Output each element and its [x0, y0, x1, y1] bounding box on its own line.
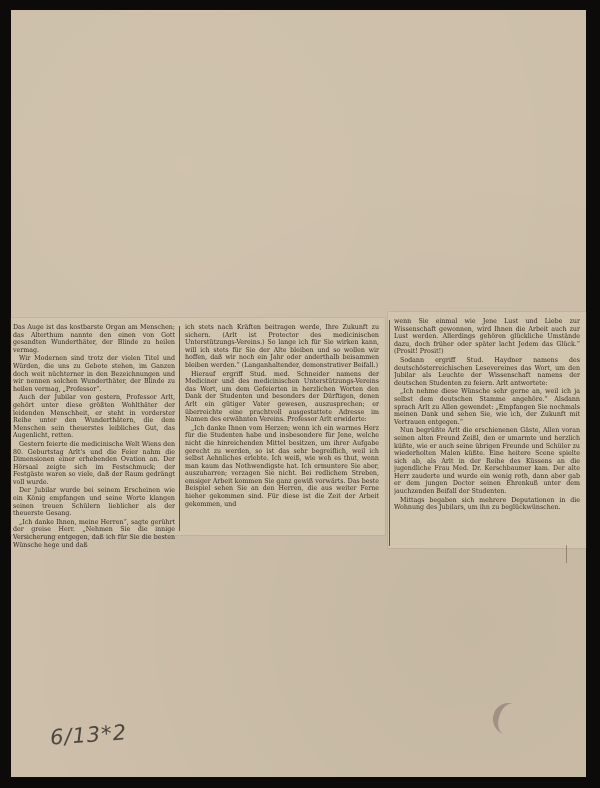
paragraph: Der Jubilar wurde bei seinem Erscheinen … [13, 487, 175, 517]
newspaper-clipping-left: Das Auge ist das kostbarste Organ am Men… [11, 318, 385, 535]
paragraph: Das Auge ist das kostbarste Organ am Men… [13, 324, 175, 354]
newspaper-clipping-right: wenn Sie einmal wie Jene Lust und Liebe … [388, 312, 586, 548]
paragraph: wenn Sie einmal wie Jene Lust und Liebe … [394, 318, 580, 356]
paragraph: Hierauf ergriff Stud. med. Schneider nam… [185, 371, 379, 424]
column-divider [389, 320, 390, 546]
article-column-3: wenn Sie einmal wie Jene Lust und Liebe … [394, 318, 580, 513]
archival-sheet: Das Auge ist das kostbarste Organ am Men… [11, 10, 586, 777]
smudge-mark [489, 699, 524, 737]
article-column-1: Das Auge ist das kostbarste Organ am Men… [13, 324, 175, 550]
paragraph: Nun begrüßte Arlt die erschienenen Gäste… [394, 427, 580, 495]
paragraph: Wir Modernen sind trotz der vielen Titel… [13, 355, 175, 393]
article-column-2: ich stets nach Kräften beitragen werde, … [185, 324, 379, 509]
paragraph: „Ich danke Ihnen, meine Herren“, sagte g… [13, 519, 175, 549]
pencil-scratch-mark [566, 545, 567, 563]
column-divider [179, 326, 180, 531]
paragraph: Gestern feierte die medicinische Welt Wi… [13, 441, 175, 487]
paragraph: Auch der Jubilar von gestern, Professor … [13, 394, 175, 440]
paragraph: „Ich nehme diese Wünsche sehr gerne an, … [394, 388, 580, 426]
paragraph: ich stets nach Kräften beitragen werde, … [185, 324, 379, 370]
paragraph: Mittags begaben sich mehrere Deputatione… [394, 497, 580, 512]
paragraph: Sodann ergriff Stud. Haydner namens des … [394, 357, 580, 387]
paragraph: „Ich danke Ihnen vom Herzen; wenn ich ei… [185, 425, 379, 509]
